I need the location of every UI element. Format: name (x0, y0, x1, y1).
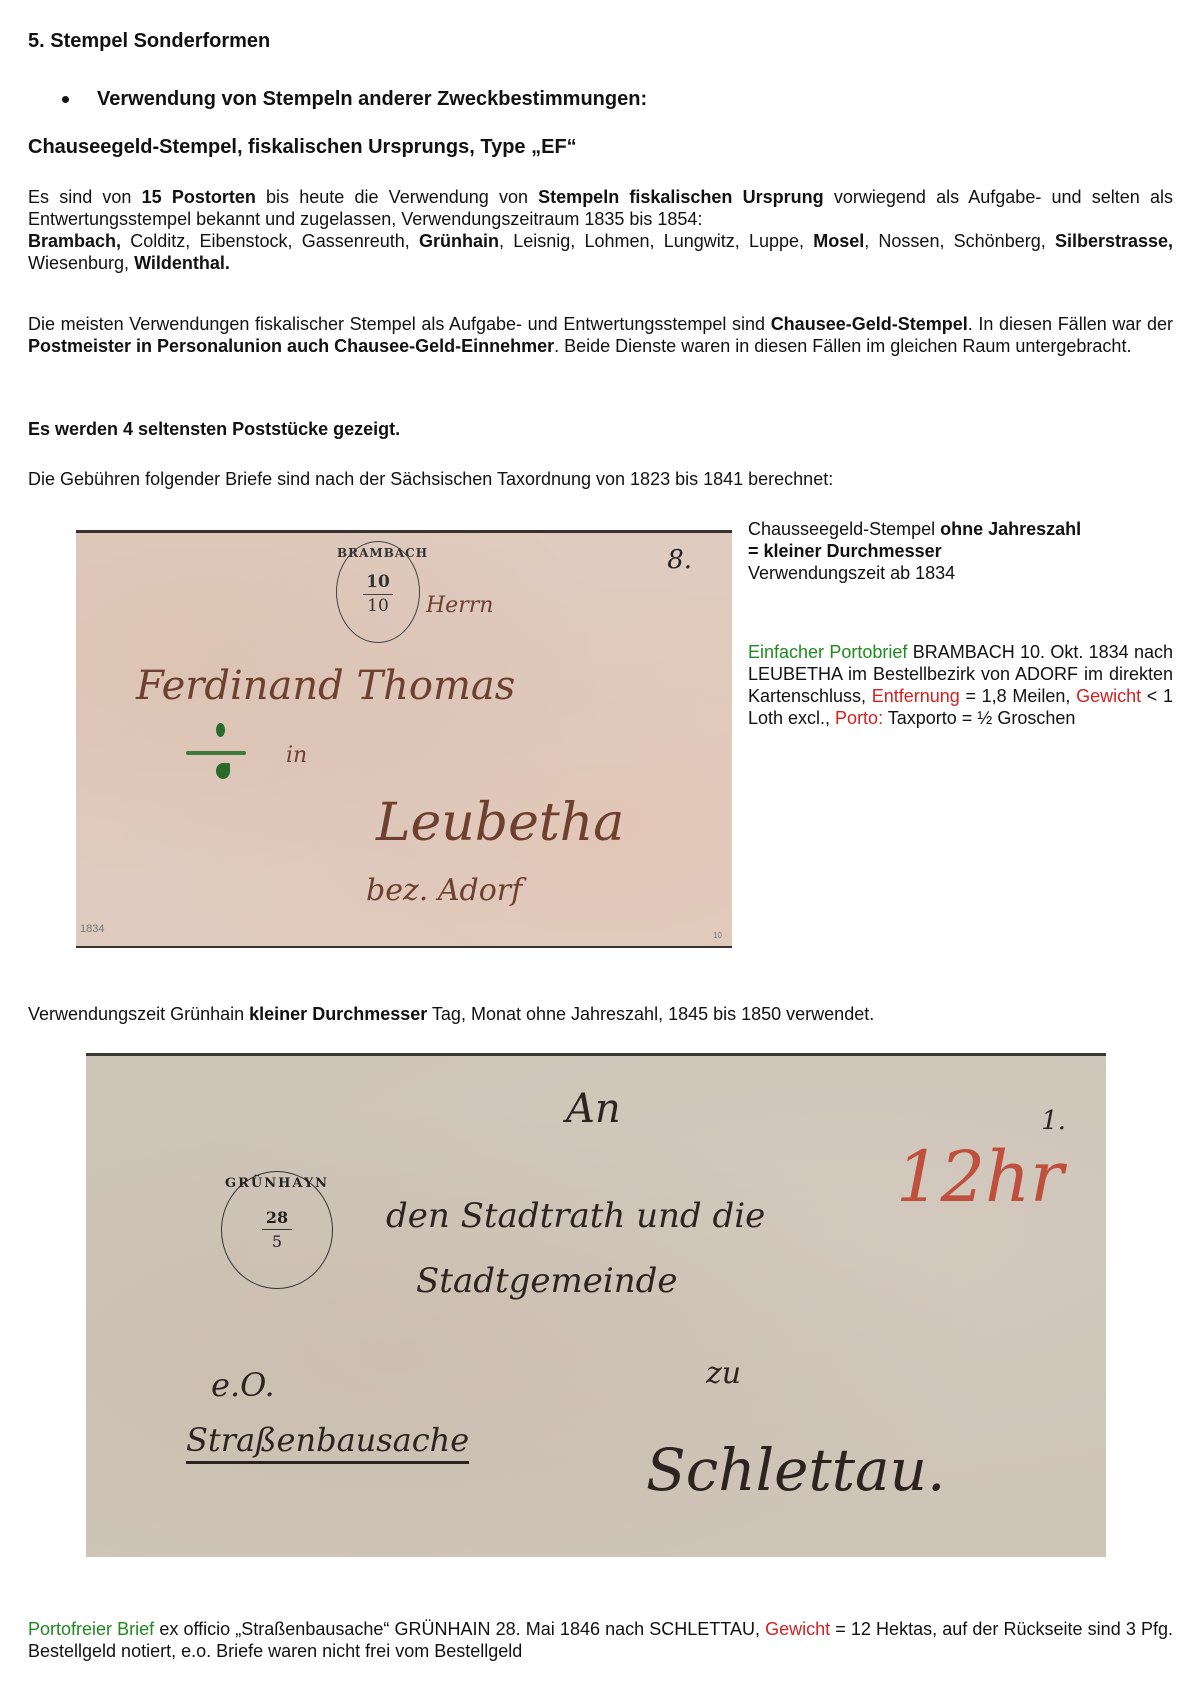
handwriting-recipient-2: Stadtgemeinde (416, 1261, 678, 1301)
letter-image-brambach: BRAMBACH 10 10 8. Herrn Ferdinand Thomas… (76, 530, 732, 948)
bold-text: Stempeln fiskalischen Ursprung (538, 187, 823, 207)
bold-text: Chausee-Geld-Stempel (771, 314, 968, 334)
red-label: Porto: (835, 708, 883, 728)
places-text: Wiesenburg, (28, 253, 134, 273)
text: Chausseegeld-Stempel (748, 519, 940, 539)
red-label: Gewicht (765, 1619, 830, 1639)
intro-paragraph-1: Es sind von 15 Postorten bis heute die V… (28, 186, 1173, 274)
corner-number: 1. (1041, 1106, 1066, 1136)
letter1-description: Einfacher Portobrief BRAMBACH 10. Okt. 1… (748, 641, 1173, 729)
text: ex officio „Straßenbausache“ GRÜNHAIN 28… (154, 1619, 765, 1639)
place-silberstrasse: Silberstrasse, (1055, 231, 1173, 251)
red-label: Gewicht (1076, 686, 1141, 706)
text: Die meisten Verwendungen fiskalischer St… (28, 314, 771, 334)
bold-text: Postmeister in Personalunion auch Chause… (28, 336, 554, 356)
text: Verwendungszeit Grünhain (28, 1004, 249, 1024)
handwriting-city: Leubetha (376, 793, 624, 853)
bold-text: kleiner Durchmesser (249, 1004, 427, 1024)
text: = 1,8 Meilen, (960, 686, 1076, 706)
handwriting-strassenbausache: Straßenbausache (186, 1421, 469, 1464)
places-text: , Nossen, Schönberg, (864, 231, 1055, 251)
postmark-month: 5 (222, 1232, 332, 1251)
bullet-text: Verwendung von Stempeln anderer Zweckbes… (97, 88, 647, 111)
postmark-text: GRÜNHAYN (222, 1176, 332, 1191)
handwriting-district: bez. Adorf (366, 873, 522, 908)
intro-paragraph-2: Die meisten Verwendungen fiskalischer St… (28, 313, 1173, 357)
corner-number: 8. (667, 545, 692, 575)
green-fraction-mark (186, 723, 256, 793)
handwriting-zu: zu (706, 1356, 741, 1391)
red-label: Entfernung (872, 686, 960, 706)
place-wildenthal: Wildenthal. (134, 253, 230, 273)
bullet-icon (62, 96, 69, 103)
postmark-gruenhain: GRÜNHAYN 28 5 (221, 1171, 333, 1289)
postmark-brambach: BRAMBACH 10 10 (336, 541, 420, 643)
pencil-note: 1834 (80, 923, 104, 935)
letter2-description: Portofreier Brief ex officio „Straßenbau… (28, 1618, 1173, 1662)
green-label: Einfacher Portobrief (748, 642, 907, 662)
intro-paragraph-3: Es werden 4 seltensten Poststücke gezeig… (28, 418, 1173, 440)
subtitle: Chauseegeld-Stempel, fiskalischen Urspru… (28, 136, 577, 159)
handwriting-recipient-1: den Stadtrath und die (386, 1196, 765, 1236)
letter-image-gruenhain: GRÜNHAYN 28 5 An 1. 12hr den Stadtrath u… (86, 1053, 1106, 1557)
postmark-text: BRAMBACH (337, 546, 419, 560)
place-brambach: Brambach, (28, 231, 121, 251)
text: Es sind von (28, 187, 142, 207)
section-title: 5. Stempel Sonderformen (28, 30, 270, 53)
bold-text: = kleiner Durchmesser (748, 541, 942, 561)
green-label: Portofreier Brief (28, 1619, 154, 1639)
postmark-divider (262, 1229, 292, 1230)
handwriting-city: Schlettau. (646, 1436, 945, 1504)
text: Taxporto = ½ Groschen (883, 708, 1075, 728)
handwriting-eo: e.O. (211, 1366, 275, 1404)
places-text: Colditz, Eibenstock, Gassenreuth, (121, 231, 419, 251)
handwriting-an: An (566, 1086, 621, 1132)
letter1-caption-header: Chausseegeld-Stempel ohne Jahreszahl = k… (748, 518, 1173, 584)
text: Verwendungszeit ab 1834 (748, 563, 955, 583)
bold-text: ohne Jahreszahl (940, 519, 1081, 539)
postmark-divider (363, 594, 393, 595)
place-gruenhain: Grünhain (419, 231, 499, 251)
postmark-month: 10 (337, 596, 419, 616)
place-mosel: Mosel (813, 231, 864, 251)
bold-text: 15 Postorten (142, 187, 256, 207)
handwriting-in: in (286, 743, 307, 768)
text: . Beide Dienste waren in diesen Fällen i… (554, 336, 1131, 356)
corner-mark: 10 (713, 931, 722, 940)
handwriting-addressee: Ferdinand Thomas (136, 663, 515, 709)
text: bis heute die Verwendung von (256, 187, 538, 207)
postmark-day: 28 (222, 1208, 332, 1227)
section2-text: Verwendungszeit Grünhain kleiner Durchme… (28, 1003, 1173, 1025)
handwriting-herrn: Herrn (426, 593, 493, 618)
places-text: , Leisnig, Lohmen, Lungwitz, Luppe, (499, 231, 813, 251)
postmark-day: 10 (337, 572, 419, 592)
text: . In diesen Fällen war der (968, 314, 1173, 334)
red-handwritten-mark: 12hr (896, 1136, 1064, 1218)
intro-paragraph-4: Die Gebühren folgender Briefe sind nach … (28, 468, 1173, 490)
bullet-heading: Verwendung von Stempeln anderer Zweckbes… (62, 88, 647, 111)
text: Tag, Monat ohne Jahreszahl, 1845 bis 185… (427, 1004, 874, 1024)
